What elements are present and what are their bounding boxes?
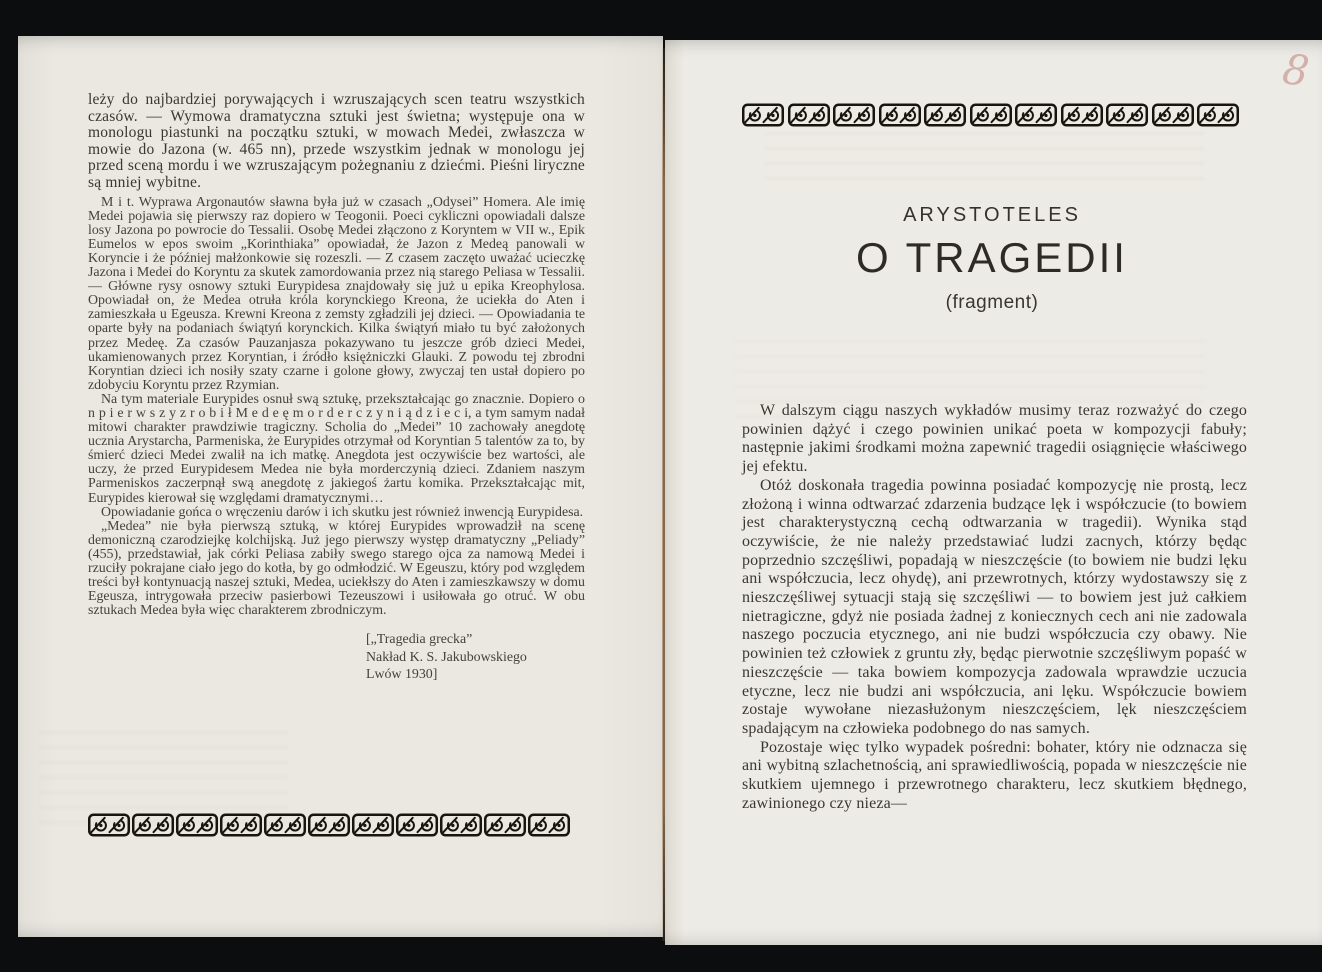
wave-scroll-icon bbox=[742, 103, 784, 127]
citation-line: Nakład K. S. Jakubowskiego bbox=[366, 649, 585, 667]
wave-scroll-icon bbox=[1106, 103, 1148, 127]
paragraph: M i t. Wyprawa Argonautów sławna była ju… bbox=[88, 196, 585, 393]
chapter-author: ARYSTOTELES bbox=[742, 204, 1242, 227]
wave-scroll-icon bbox=[220, 813, 262, 837]
book-photo: leży do najbardziej porywających i wzrus… bbox=[0, 0, 1322, 972]
show-through-texture bbox=[765, 132, 1205, 192]
handwritten-page-number: 8 bbox=[1279, 45, 1312, 97]
wave-scroll-icon bbox=[1015, 103, 1057, 127]
left-page-text: leży do najbardziej porywających i wzrus… bbox=[88, 92, 585, 684]
intro-paragraph: leży do najbardziej porywających i wzrus… bbox=[88, 92, 585, 192]
wave-scroll-icon bbox=[176, 813, 218, 837]
wave-scroll-icon bbox=[352, 813, 394, 837]
ornament-band-top bbox=[742, 103, 1239, 127]
wave-scroll-icon bbox=[264, 813, 306, 837]
wave-scroll-icon bbox=[788, 103, 830, 127]
wave-scroll-icon bbox=[970, 103, 1012, 127]
wave-scroll-icon bbox=[396, 813, 438, 837]
wave-scroll-icon bbox=[1197, 103, 1239, 127]
paragraph: Otóż doskonała tragedia powinna posiadać… bbox=[742, 477, 1247, 739]
paragraph: Na tym materiale Eurypides osnuł swą szt… bbox=[88, 393, 585, 506]
wave-scroll-icon bbox=[88, 813, 130, 837]
paragraph: W dalszym ciągu naszych wykładów musimy … bbox=[742, 402, 1247, 477]
wave-scroll-icon bbox=[924, 103, 966, 127]
chapter-subtitle: (fragment) bbox=[742, 292, 1242, 314]
ornament-band-bottom bbox=[88, 813, 570, 837]
wave-scroll-icon bbox=[1061, 103, 1103, 127]
citation-line: Lwów 1930] bbox=[366, 666, 585, 684]
wave-scroll-icon bbox=[528, 813, 570, 837]
wave-scroll-icon bbox=[833, 103, 875, 127]
right-page: ARYSTOTELES O TRAGEDII (fragment) W dals… bbox=[665, 40, 1322, 945]
paragraph: Pozostaje więc tylko wypadek pośredni: b… bbox=[742, 739, 1247, 814]
citation-line: [„Tragedia grecka” bbox=[366, 631, 585, 649]
wave-scroll-icon bbox=[132, 813, 174, 837]
book-gutter bbox=[662, 48, 665, 941]
show-through-texture bbox=[38, 731, 288, 826]
commentary-paragraphs: M i t. Wyprawa Argonautów sławna była ju… bbox=[88, 196, 585, 619]
wave-scroll-icon bbox=[879, 103, 921, 127]
chapter-title: O TRAGEDII bbox=[742, 234, 1242, 282]
citation-block: [„Tragedia grecka”Nakład K. S. Jakubowsk… bbox=[366, 631, 585, 684]
right-page-text: W dalszym ciągu naszych wykładów musimy … bbox=[742, 402, 1247, 813]
wave-scroll-icon bbox=[484, 813, 526, 837]
wave-scroll-icon bbox=[440, 813, 482, 837]
wave-scroll-icon bbox=[308, 813, 350, 837]
paragraph: „Medea” nie była pierwszą sztuką, w któr… bbox=[88, 520, 585, 619]
left-page: leży do najbardziej porywających i wzrus… bbox=[18, 36, 663, 937]
wave-scroll-icon bbox=[1152, 103, 1194, 127]
paragraph: Opowiadanie gońca o wręczeniu darów i ic… bbox=[88, 506, 585, 520]
